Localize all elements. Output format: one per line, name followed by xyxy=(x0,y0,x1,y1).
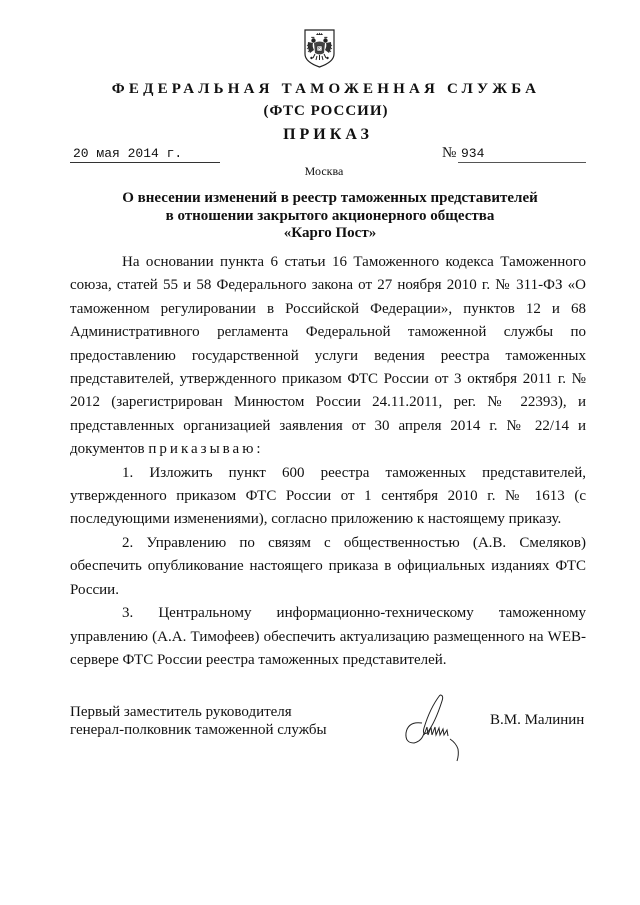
order-item-2: 2. Управлению по связям с общественность… xyxy=(70,532,586,602)
order-item-1: 1. Изложить пункт 600 реестра таможенных… xyxy=(70,462,586,532)
document-date: 20 мая 2014 г. xyxy=(70,147,220,163)
document-body: На основании пункта 6 статьи 16 Таможенн… xyxy=(70,251,586,672)
order-word: приказываю: xyxy=(148,441,263,457)
preamble-text: На основании пункта 6 статьи 16 Таможенн… xyxy=(70,254,586,457)
document-number: 934 xyxy=(458,147,586,163)
signer-name: В.М. Малинин xyxy=(490,712,584,729)
document-date-value: 20 мая 2014 г. xyxy=(70,146,182,161)
document-city: Москва xyxy=(0,164,640,179)
position-line: генерал-полковник таможенной службы xyxy=(70,721,327,739)
document-number-value: 934 xyxy=(458,146,484,161)
signatory-position: Первый заместитель руководителя генерал-… xyxy=(70,703,327,739)
organization-abbreviation: (ФТС РОССИИ) xyxy=(0,103,640,120)
organization-name: ФЕДЕРАЛЬНАЯ ТАМОЖЕННАЯ СЛУЖБА xyxy=(0,81,640,98)
order-item-3: 3. Центральному информационно-техническо… xyxy=(70,602,586,672)
title-line: в отношении закрытого акционерного общес… xyxy=(60,208,600,226)
document-title: О внесении изменений в реестр таможенных… xyxy=(60,190,600,243)
document-number-label: № xyxy=(442,145,456,162)
title-line: О внесении изменений в реестр таможенных… xyxy=(60,190,600,208)
title-line: «Карго Пост» xyxy=(60,225,600,243)
coat-of-arms-icon xyxy=(303,28,336,68)
position-line: Первый заместитель руководителя xyxy=(70,703,327,721)
preamble-paragraph: На основании пункта 6 статьи 16 Таможенн… xyxy=(70,251,586,462)
handwritten-signature-icon xyxy=(400,693,470,763)
document-page: ФЕДЕРАЛЬНАЯ ТАМОЖЕННАЯ СЛУЖБА (ФТС РОССИ… xyxy=(0,0,640,905)
document-type: ПРИКАЗ xyxy=(0,126,640,144)
